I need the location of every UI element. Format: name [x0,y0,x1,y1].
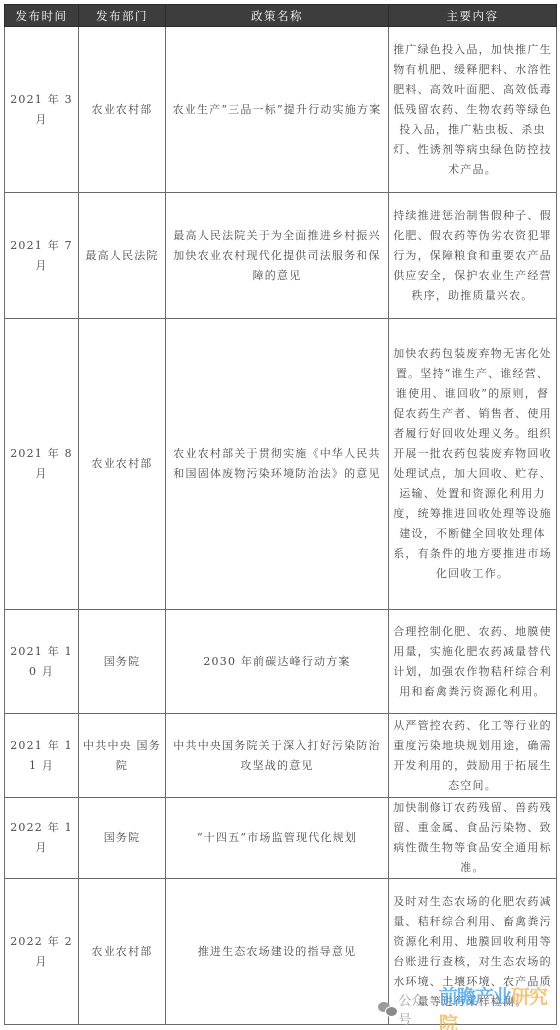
cell-department: 农业农村部 [79,27,166,193]
cell-policy-name: 农业农村部关于贯彻实施《中华人民共和国固体废物污染环境防治法》的意见 [166,319,389,610]
cell-policy-name: 2030 年前碳达峰行动方案 [166,610,389,714]
cell-content: 加快农药包装废弃物无害化处置。坚持“谁生产、谁经营、谁使用、谁回收”的原则，督促… [389,319,557,610]
table-row: 2022 年 1 月 国务院 “十四五”市场监管现代化规划 加快制修订农药残留、… [5,798,557,879]
table-row: 2021 年 8 月 农业农村部 农业农村部关于贯彻实施《中华人民共和国固体废物… [5,319,557,610]
table-row: 2022 年 2 月 农业农村部 推进生态农场建设的指导意见 及时对生态农场的化… [5,879,557,1025]
cell-department: 农业农村部 [79,879,166,1025]
cell-policy-name: “十四五”市场监管现代化规划 [166,798,389,879]
cell-content: 加快制修订农药残留、兽药残留、重金属、食品污染物、致病性微生物等食品安全通用标准… [389,798,557,879]
cell-department: 农业农村部 [79,319,166,610]
cell-department: 国务院 [79,798,166,879]
cell-date: 2021 年 7 月 [5,193,79,319]
header-release-date: 发布时间 [5,5,79,27]
cell-date: 2022 年 2 月 [5,879,79,1025]
policy-table: 发布时间 发布部门 政策名称 主要内容 2021 年 3 月 农业农村部 农业生… [4,4,557,1025]
header-main-content: 主要内容 [389,5,557,27]
cell-content: 推广绿色投入品，加快推广生物有机肥、缓释肥料、水溶性肥料、高效叶面肥、高效低毒低… [389,27,557,193]
cell-policy-name: 农业生产“三品一标”提升行动实施方案 [166,27,389,193]
header-policy-name: 政策名称 [166,5,389,27]
cell-content: 从严管控农药、化工等行业的重度污染地块规划用途，确需开发利用的，鼓励用于拓展生态… [389,714,557,798]
table-row: 2021 年 11 月 中共中央 国务院 中共中央国务院关于深入打好污染防治攻坚… [5,714,557,798]
cell-department: 国务院 [79,610,166,714]
table-header-row: 发布时间 发布部门 政策名称 主要内容 [5,5,557,27]
cell-date: 2021 年 8 月 [5,319,79,610]
table-row: 2021 年 3 月 农业农村部 农业生产“三品一标”提升行动实施方案 推广绿色… [5,27,557,193]
cell-policy-name: 推进生态农场建设的指导意见 [166,879,389,1025]
table-row: 2021 年 7 月 最高人民法院 最高人民法院关于为全面推进乡村振兴加快农业农… [5,193,557,319]
cell-date: 2022 年 1 月 [5,798,79,879]
cell-policy-name: 中共中央国务院关于深入打好污染防治攻坚战的意见 [166,714,389,798]
cell-content: 持续推进惩治制售假种子、假化肥、假农药等伪劣农资犯罪行为，保障粮食和重要农产品供… [389,193,557,319]
header-department: 发布部门 [79,5,166,27]
cell-date: 2021 年 10 月 [5,610,79,714]
cell-content: 及时对生态农场的化肥农药减量、秸秆综合利用、畜禽粪污资源化利用、地膜回收利用等台… [389,879,557,1025]
cell-department: 最高人民法院 [79,193,166,319]
table-row: 2021 年 10 月 国务院 2030 年前碳达峰行动方案 合理控制化肥、农药… [5,610,557,714]
cell-date: 2021 年 11 月 [5,714,79,798]
cell-date: 2021 年 3 月 [5,27,79,193]
cell-policy-name: 最高人民法院关于为全面推进乡村振兴加快农业农村现代化提供司法服务和保障的意见 [166,193,389,319]
cell-content: 合理控制化肥、农药、地膜使用量，实施化肥农药减量替代计划，加强农作物秸秆综合利用… [389,610,557,714]
cell-department: 中共中央 国务院 [79,714,166,798]
